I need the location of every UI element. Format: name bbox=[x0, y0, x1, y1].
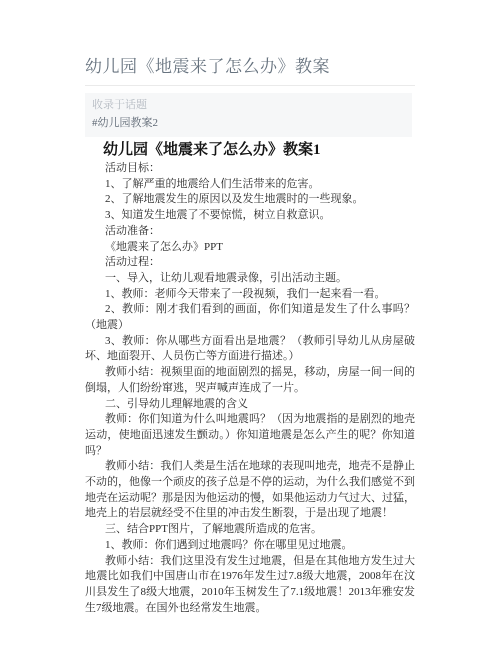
page-title: 幼儿园《地震来了怎么办》教案 bbox=[85, 56, 415, 77]
article-paragraph: 1、了解严重的地震给人们生活带来的危害。 bbox=[85, 177, 415, 193]
article-paragraph: 教师：你们知道为什么叫地震吗？（因为地震指的是剧烈的地壳运动，使地面迅速发生颤动… bbox=[85, 412, 415, 459]
article-paragraph: 2、教师：刚才我们看到的画面，你们知道是发生了什么事吗？（地震） bbox=[85, 302, 415, 333]
article-heading: 幼儿园《地震来了怎么办》教案1 bbox=[85, 140, 415, 160]
article-paragraph: 教师小结：视频里面的地面剧烈的摇晃，移动，房屋一间一间的倒塌，人们纷纷窜逃，哭声… bbox=[85, 365, 415, 396]
topic-box: 收录于话题 #幼儿园教案2 bbox=[85, 93, 412, 137]
article-paragraph: 教师小结：我们这里没有发生过地震，但是在其他地方发生过大地震比如我们中国唐山市在… bbox=[85, 554, 415, 617]
article-paragraph: 1、教师：你们遇到过地震吗？你在哪里见过地震。 bbox=[85, 538, 415, 554]
article-paragraph: 三、结合PPT图片，了解地震所造成的危害。 bbox=[85, 522, 415, 538]
title-divider bbox=[85, 85, 415, 86]
article-paragraph: 活动过程： bbox=[85, 255, 415, 271]
article-paragraph: 3、知道发生地震了不要惊慌，树立自救意识。 bbox=[85, 208, 415, 224]
article-paragraph: 活动准备： bbox=[85, 224, 415, 240]
article-body: 活动目标： 1、了解严重的地震给人们生活带来的危害。 2、了解地震发生的原因以及… bbox=[85, 161, 415, 616]
article-paragraph: 《地震来了怎么办》PPT bbox=[85, 240, 415, 256]
article-paragraph: 教师小结：我们人类是生活在地球的表现叫地壳，地壳不是静止不动的，他像一个顽皮的孩… bbox=[85, 459, 415, 522]
article-paragraph: 活动目标： bbox=[85, 161, 415, 177]
article-paragraph: 2、了解地震发生的原因以及发生地震时的一些现象。 bbox=[85, 192, 415, 208]
article-paragraph: 3、教师：你从哪些方面看出是地震？（教师引导幼儿从房屋破坏、地面裂开、人员伤亡等… bbox=[85, 334, 415, 365]
article-paragraph: 二、引导幼儿理解地震的含义 bbox=[85, 397, 415, 413]
article-paragraph: 一、导入，让幼儿观看地震录像，引出活动主题。 bbox=[85, 271, 415, 287]
topic-tag-link[interactable]: #幼儿园教案2 bbox=[92, 116, 158, 131]
topic-box-label: 收录于话题 bbox=[92, 98, 405, 113]
document-page: 幼儿园《地震来了怎么办》教案 收录于话题 #幼儿园教案2 幼儿园《地震来了怎么办… bbox=[0, 0, 500, 616]
article-paragraph: 1、教师：老师今天带来了一段视频，我们一起来看一看。 bbox=[85, 287, 415, 303]
